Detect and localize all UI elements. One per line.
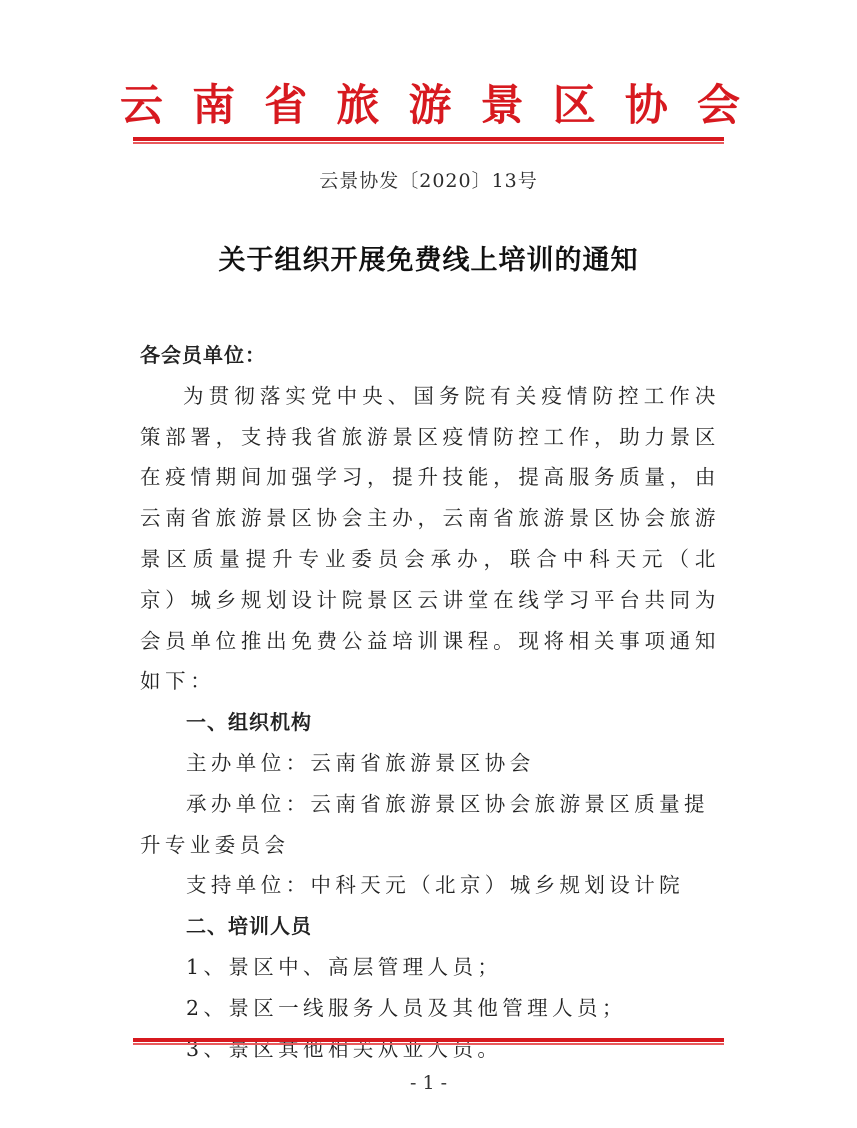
trainee-item: 1、景区中、高层管理人员； (140, 947, 720, 988)
masthead-char: 协 (625, 72, 668, 133)
supporter-line: 支持单位：中科天元（北京）城乡规划设计院 (140, 865, 720, 906)
masthead-char: 景 (481, 72, 524, 133)
masthead-char: 游 (409, 72, 452, 133)
trainee-item: 2、景区一线服务人员及其他管理人员； (140, 988, 720, 1029)
masthead-char: 省 (264, 72, 307, 133)
salutation: 各会员单位： (140, 335, 720, 376)
document-title: 关于组织开展免费线上培训的通知 (0, 238, 857, 277)
trainee-item: 3、景区其他相关从业人员。 (140, 1029, 720, 1070)
header-red-rule-divider (133, 137, 724, 144)
intro-paragraph: 为贯彻落实党中央、国务院有关疫情防控工作决策部署，支持我省旅游景区疫情防控工作，… (140, 376, 720, 702)
section-heading-trainees: 二、培训人员 (140, 906, 720, 947)
page-number: - 1 - (0, 1072, 857, 1094)
masthead-organization-name: 云 南 省 旅 游 景 区 协 会 (120, 72, 740, 132)
masthead-char: 南 (192, 72, 235, 133)
document-number: 云景协发〔2020〕13号 (0, 166, 857, 193)
masthead-char: 云 (120, 72, 163, 133)
footer-red-rule-divider (133, 1038, 724, 1045)
section-heading-organization: 一、组织机构 (140, 702, 720, 743)
organizer-line: 主办单位：云南省旅游景区协会 (140, 743, 720, 784)
masthead-char: 会 (697, 72, 740, 133)
masthead-char: 区 (553, 72, 596, 133)
document-body: 各会员单位： 为贯彻落实党中央、国务院有关疫情防控工作决策部署，支持我省旅游景区… (140, 335, 720, 1069)
undertaker-line: 承办单位：云南省旅游景区协会旅游景区质量提升专业委员会 (140, 784, 720, 866)
masthead-char: 旅 (336, 72, 379, 133)
